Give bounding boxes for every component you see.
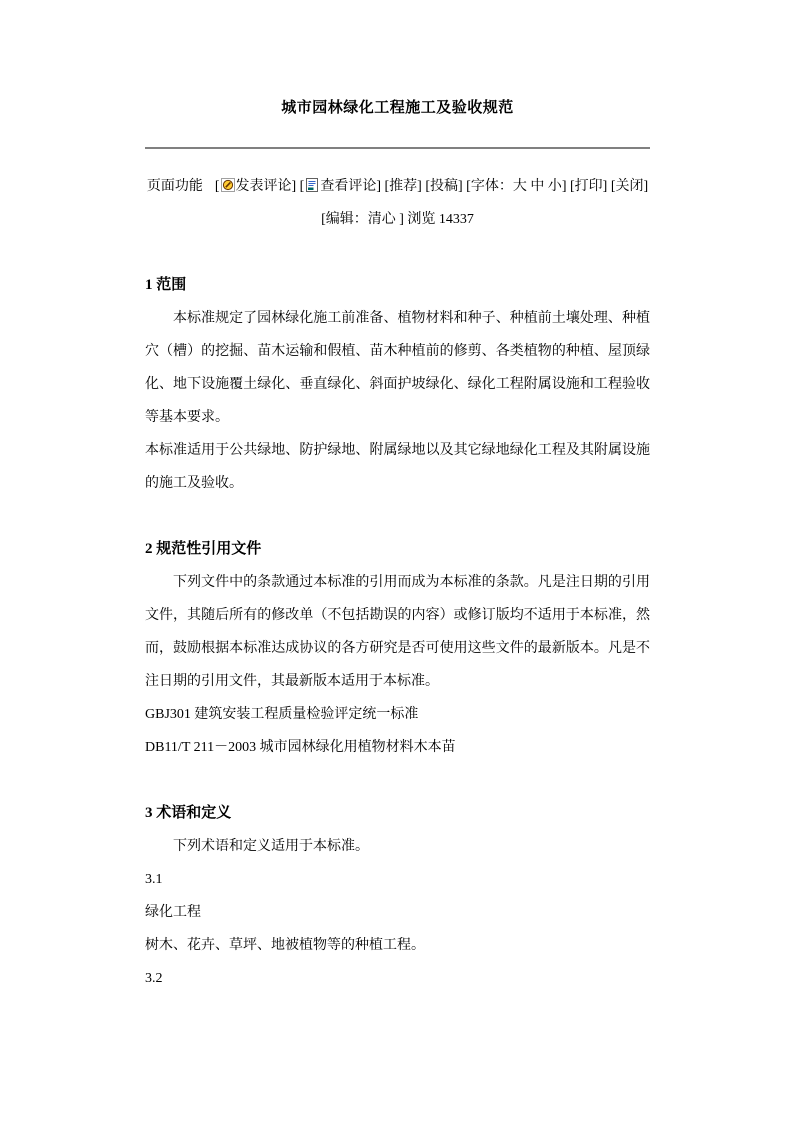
post-comment-icon[interactable] [221,178,235,192]
font-large-link[interactable]: 大 [513,179,531,194]
view-comments-link[interactable]: [查看评论] [300,179,385,194]
close-link[interactable]: [关闭] [611,179,648,194]
title-divider [145,147,650,149]
recommend-link[interactable]: [推荐] [385,179,426,194]
paragraph: 本标准适用于公共绿地、防护绿地、附属绿地以及其它绿地绿化工程及其附属设施的施工及… [145,434,650,500]
section-heading-3: 3 术语和定义 [145,797,650,830]
font-medium-link[interactable]: 中 [530,179,548,194]
font-small-link[interactable]: 小 [548,179,562,194]
page-functions-label: 页面功能 [147,179,215,194]
editor-label: [编辑：清心 ] [321,212,407,227]
post-comment-link[interactable]: [发表评论] [215,179,300,194]
term-number: 3.1 [145,863,650,896]
page-functions-bar: 页面功能[发表评论] [查看评论] [推荐] [投稿] [字体：大 中 小] [… [145,170,650,236]
paragraph: 下列术语和定义适用于本标准。 [145,830,650,863]
paragraph: 本标准规定了园林绿化施工前准备、植物材料和种子、种植前土壤处理、种植穴（槽）的挖… [145,302,650,434]
document-content: 城市园林绿化工程施工及验收规范 页面功能[发表评论] [查看评论] [推荐] [… [145,0,650,995]
term-name: 绿化工程 [145,896,650,929]
view-comments-icon[interactable] [305,178,319,192]
post-comment-label: 发表评论] [236,179,300,194]
font-size-group: [字体：大 中 小] [466,179,570,194]
section-heading-2: 2 规范性引用文件 [145,533,650,566]
post-comment-bracket: [ [215,179,220,194]
font-size-label-close: ] [562,179,570,194]
section-terms-definitions: 3 术语和定义 下列术语和定义适用于本标准。 3.1 绿化工程 树木、花卉、草坪… [145,797,650,995]
view-comments-bracket: [ [300,179,305,194]
views-label: 浏览 [407,212,439,227]
views-count: 14337 [439,212,474,227]
submit-link[interactable]: [投稿] [425,179,466,194]
term-definition: 树木、花卉、草坪、地被植物等的种植工程。 [145,929,650,962]
section-heading-1: 1 范围 [145,269,650,302]
font-size-label: [字体： [466,179,513,194]
section-scope: 1 范围 本标准规定了园林绿化施工前准备、植物材料和种子、种植前土壤处理、种植穴… [145,269,650,500]
term-number: 3.2 [145,962,650,995]
reference-item: GBJ301 建筑安装工程质量检验评定统一标准 [145,698,650,731]
reference-item: DB11/T 211－2003 城市园林绿化用植物材料木本苗 [145,731,650,764]
section-normative-references: 2 规范性引用文件 下列文件中的条款通过本标准的引用而成为本标准的条款。凡是注日… [145,533,650,764]
page-title: 城市园林绿化工程施工及验收规范 [145,92,650,125]
document-page: 城市园林绿化工程施工及验收规范 页面功能[发表评论] [查看评论] [推荐] [… [0,0,794,1123]
view-comments-label: 查看评论] [320,179,384,194]
paragraph: 下列文件中的条款通过本标准的引用而成为本标准的条款。凡是注日期的引用文件，其随后… [145,566,650,698]
print-link[interactable]: [打印] [570,179,611,194]
